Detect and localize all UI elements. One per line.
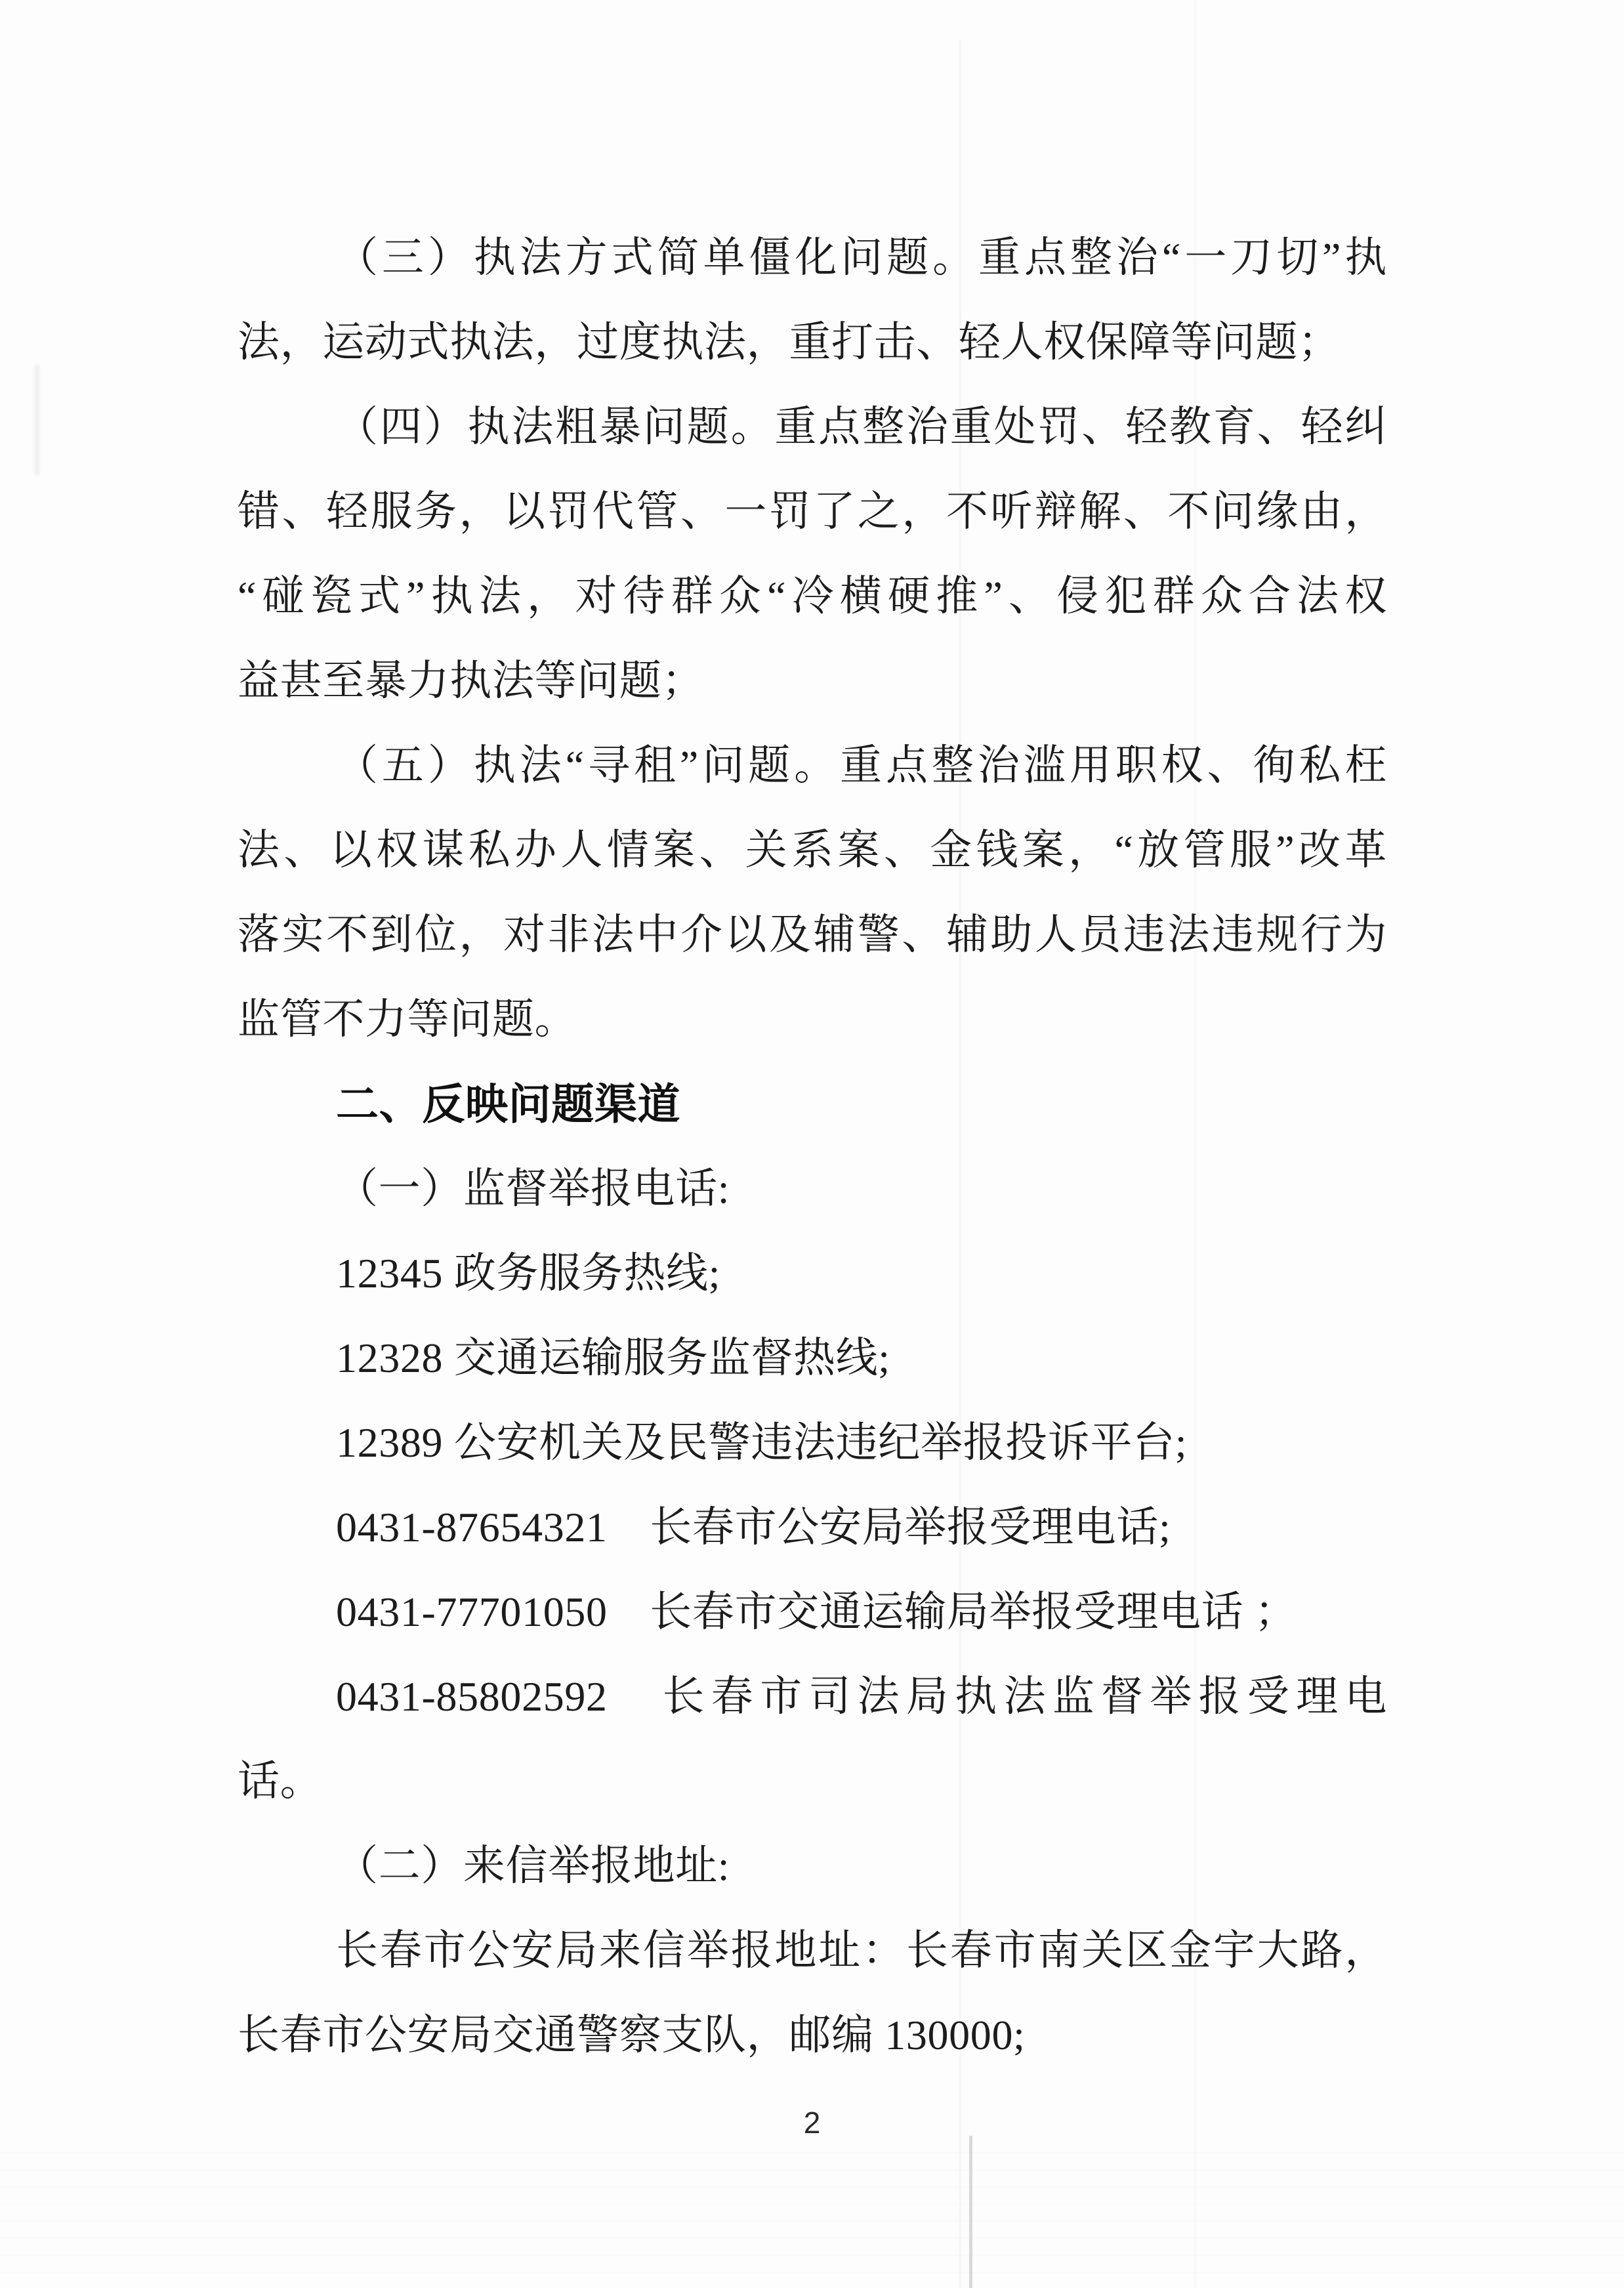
text-line: 0431-85802592 长春市司法局执法监督举报受理电 <box>238 1654 1387 1739</box>
text-line: 长春市公安局来信举报地址：长春市南关区金宇大路， <box>238 1908 1387 1993</box>
text-line: 法、以权谋私办人情案、关系案、金钱案，“放管服”改革 <box>238 808 1387 892</box>
scan-banding <box>0 2152 1624 2288</box>
page-number: 2 <box>0 2105 1624 2140</box>
text-line: （五）执法“寻租”问题。重点整治滥用职权、徇私枉 <box>238 723 1387 808</box>
document-page: （三）执法方式简单僵化问题。重点整治“一刀切”执法，运动式执法，过度执法，重打击… <box>0 0 1624 2288</box>
text-line: 益甚至暴力执法等问题； <box>238 638 1387 723</box>
text-line: （三）执法方式简单僵化问题。重点整治“一刀切”执 <box>238 215 1387 300</box>
text-line: 落实不到位，对非法中介以及辅警、辅助人员违法违规行为 <box>238 892 1387 977</box>
text-line: 12345 政务服务热线; <box>238 1231 1387 1316</box>
text-line: 0431-87654321 长春市公安局举报受理电话; <box>238 1485 1387 1570</box>
text-line: （四）执法粗暴问题。重点整治重处罚、轻教育、轻纠 <box>238 385 1387 469</box>
text-line: “碰瓷式”执法，对待群众“冷横硬推”、侵犯群众合法权 <box>238 554 1387 638</box>
text-line: 话。 <box>238 1739 1387 1823</box>
text-line: 监管不力等问题。 <box>238 977 1387 1062</box>
text-line: （一）监督举报电话: <box>238 1146 1387 1231</box>
text-line: 0431-77701050 长春市交通运输局举报受理电话 ； <box>238 1570 1387 1654</box>
document-text-block: （三）执法方式简单僵化问题。重点整治“一刀切”执法，运动式执法，过度执法，重打击… <box>238 215 1387 2077</box>
text-line: 12389 公安机关及民警违法违纪举报投诉平台; <box>238 1400 1387 1485</box>
text-line: 错、轻服务，以罚代管、一罚了之，不听辩解、不问缘由， <box>238 469 1387 554</box>
text-line: 法，运动式执法，过度执法，重打击、轻人权保障等问题； <box>238 300 1387 385</box>
text-line: 长春市公安局交通警察支队，邮编 130000; <box>238 1993 1387 2077</box>
scan-smudge <box>34 364 39 476</box>
section-heading: 二、反映问题渠道 <box>238 1062 1387 1146</box>
text-line: 12328 交通运输服务监督热线; <box>238 1316 1387 1400</box>
text-line: （二）来信举报地址: <box>238 1823 1387 1908</box>
